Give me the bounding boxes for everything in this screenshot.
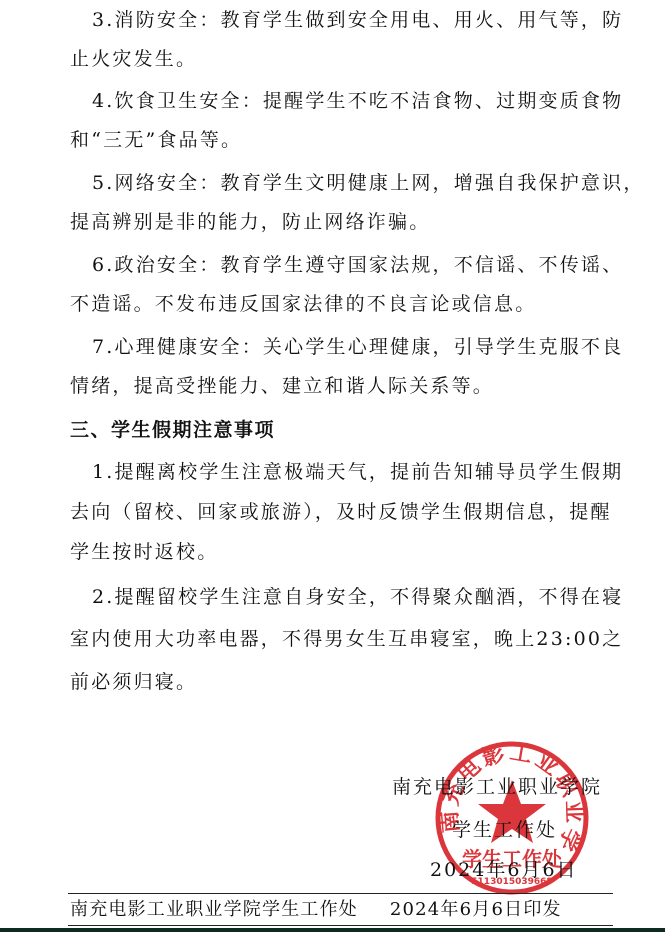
paragraph-political-safety-line2: 不造谣。不发布违反国家法律的不良言论或信息。 bbox=[70, 292, 630, 316]
paragraph-network-safety-line2: 提高辨别是非的能力，防止网络诈骗。 bbox=[70, 210, 630, 234]
window-bottom-edge bbox=[0, 928, 665, 932]
document-page: 3.消防安全：教育学生做到安全用电、用火、用气等，防 止火灾发生。 4.饮食卫生… bbox=[0, 0, 665, 932]
holiday-item-2-line3: 前必须归寝。 bbox=[70, 670, 630, 694]
signature-date: 2024年6月6日 bbox=[430, 858, 578, 882]
holiday-item-1-line3: 学生按时返校。 bbox=[70, 540, 630, 564]
holiday-item-1-line2: 去向（留校、回家或旅游），及时反馈学生假期信息，提醒 bbox=[70, 500, 630, 524]
paragraph-fire-safety-line2: 止火灾发生。 bbox=[70, 47, 630, 71]
paragraph-mental-health-line2: 情绪，提高受挫能力、建立和谐人际关系等。 bbox=[70, 374, 630, 398]
footer-issue-date: 2024年6月6日印发 bbox=[390, 899, 562, 920]
signature-department: 学生工作处 bbox=[452, 818, 557, 842]
paragraph-food-safety-line1: 4.饮食卫生安全：提醒学生不吃不洁食物、过期变质食物 bbox=[92, 89, 652, 113]
paragraph-fire-safety-line1: 3.消防安全：教育学生做到安全用电、用火、用气等，防 bbox=[92, 8, 652, 32]
section-heading-holiday-notes: 三、学生假期注意事项 bbox=[70, 418, 630, 442]
paragraph-political-safety-line1: 6.政治安全：教育学生遵守国家法规，不信谣、不传谣、 bbox=[92, 253, 652, 277]
holiday-item-2-line1: 2.提醒留校学生注意自身安全，不得聚众酗酒，不得在寝 bbox=[92, 585, 652, 609]
paragraph-food-safety-line2: 和“三无”食品等。 bbox=[70, 128, 630, 152]
footer-issuer-line: 南充电影工业职业学院学生工作处 2024年6月6日印发 bbox=[70, 898, 562, 922]
footer-top-rule bbox=[68, 893, 613, 894]
paragraph-mental-health-line1: 7.心理健康安全：关心学生心理健康，引导学生克服不良 bbox=[92, 335, 652, 359]
holiday-item-1-line1: 1.提醒离校学生注意极端天气，提前告知辅导员学生假期 bbox=[92, 460, 652, 484]
footer-issuer: 南充电影工业职业学院学生工作处 bbox=[70, 899, 358, 920]
signature-organization: 南充电影工业职业学院 bbox=[392, 775, 602, 799]
paragraph-network-safety-line1: 5.网络安全：教育学生文明健康上网，增强自我保护意识， bbox=[92, 171, 652, 195]
holiday-item-2-line2: 室内使用大功率电器，不得男女生互串寝室，晚上23:00之 bbox=[70, 627, 630, 651]
footer-bottom-rule bbox=[68, 925, 613, 926]
